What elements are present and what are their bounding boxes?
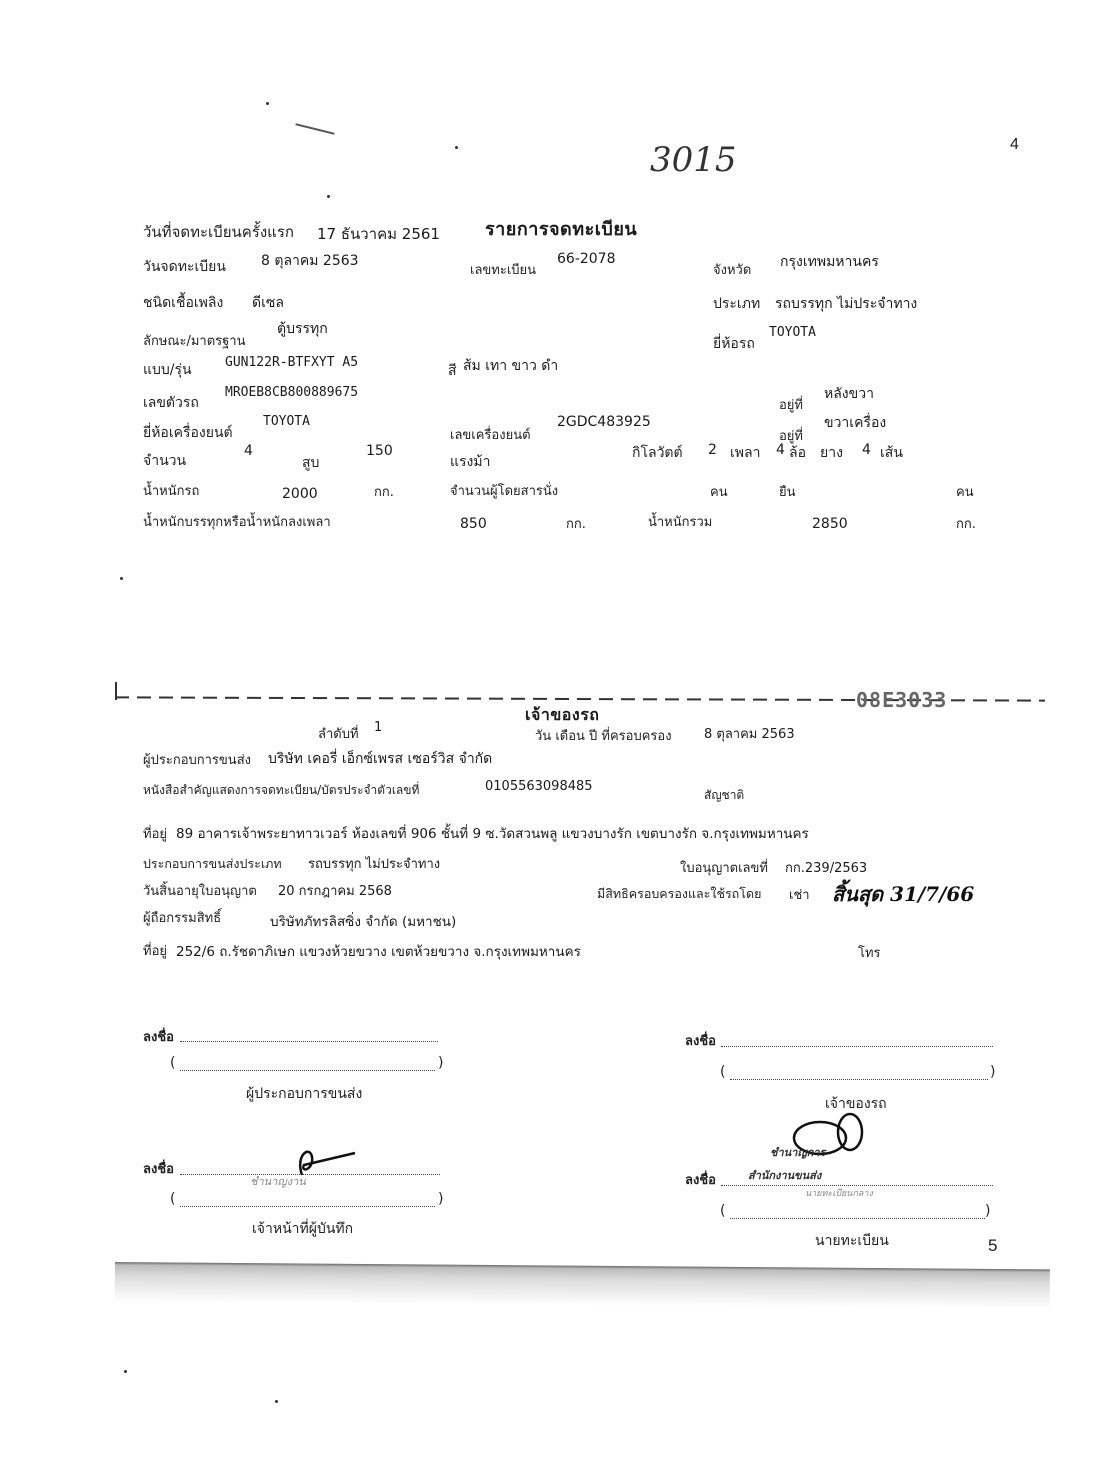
plate-label: เลขทะเบียน (470, 259, 536, 280)
registrar-stamp-line1: ชำนาญการ (770, 1143, 825, 1161)
order-label: ลำดับที่ (318, 723, 359, 744)
standing-label: ยืน (779, 481, 796, 502)
kg-unit-total: กก. (956, 513, 976, 534)
id-label: หนังสือสำคัญแสดงการจดทะเบียน/บัตรประจำตั… (143, 781, 419, 800)
name-line (180, 1058, 435, 1071)
address-label: ที่อยู่ (143, 823, 167, 844)
chassis-label: เลขตัวรถ (143, 392, 199, 414)
paren-close: ) (438, 1191, 443, 1207)
engine-location: ขวาเครื่อง (824, 412, 886, 434)
wheels: 4 (776, 442, 785, 458)
seated-passengers-label: จำนวนผู้โดยสารนั่ง (450, 480, 558, 501)
possession-right-label: มีสิทธิครอบครองและใช้รถโดย (597, 884, 761, 904)
license-expiry: 20 กรกฎาคม 2568 (278, 880, 392, 901)
scan-speck (124, 1370, 127, 1373)
nationality-label: สัญชาติ (704, 786, 744, 805)
person-unit: คน (710, 481, 728, 502)
chassis-number: MROEB8CB800889675 (225, 385, 358, 400)
fuel: ดีเซล (252, 292, 284, 314)
body-label: ลักษณะ/มาตรฐาน (143, 330, 245, 351)
plate-number: 66-2078 (557, 251, 616, 267)
possession-date-label: วัน เดือน ปี ที่ครอบครอง (535, 725, 672, 746)
count-label: จำนวน (143, 450, 186, 472)
possession-date: 8 ตุลาคม 2563 (704, 723, 795, 744)
possession-right: เช่า (789, 884, 810, 905)
registrar-stamp-line3: นายทะเบียนกลาง (805, 1186, 873, 1200)
officer-stamp: ชำนาญงาน (250, 1172, 306, 1190)
chassis-location-label: อยู่ที่ (779, 394, 803, 415)
order: 1 (374, 720, 382, 735)
paren-open: ( (720, 1203, 725, 1219)
holder: บริษัทภัทรลิสซิ่ง จำกัด (มหาชน) (270, 910, 456, 932)
license-number: กก.239/2563 (785, 857, 867, 878)
sign-label: ลงชื่อ (685, 1169, 716, 1190)
scan-mark (295, 123, 334, 135)
axle-label: เพลา (730, 442, 760, 464)
sign-label: ลงชื่อ (685, 1030, 716, 1051)
name-line (180, 1194, 435, 1207)
brand: TOYOTA (769, 325, 816, 340)
paren-close: ) (990, 1064, 995, 1080)
load-weight-label: น้ำหนักบรรทุกหรือน้ำหนักลงเพลา (143, 511, 331, 532)
engine-brand-label: ยี่ห้อเครื่องยนต์ (143, 422, 233, 444)
chassis-location: หลังขวา (824, 383, 874, 405)
vehicle-weight-label: น้ำหนักรถ (143, 480, 199, 501)
page-number-top: 4 (1010, 136, 1019, 154)
load-weight: 850 (460, 516, 487, 532)
engine-number: 2GDC483925 (557, 414, 651, 430)
scan-speck (327, 195, 330, 198)
paren-open: ( (170, 1055, 175, 1071)
engine-number-label: เลขเครื่องยนต์ (450, 424, 531, 445)
paren-open: ( (720, 1064, 725, 1080)
type-label: ประเภท (713, 293, 760, 315)
scan-speck (266, 102, 269, 105)
province-label: จังหวัด (713, 259, 751, 280)
holder-label: ผู้ถือกรรมสิทธิ์ (143, 907, 221, 928)
signature-line (721, 1034, 993, 1047)
id-number: 0105563098485 (485, 779, 593, 794)
kilowatt-label: กิโลวัตต์ (632, 442, 683, 464)
scan-speck (120, 577, 123, 580)
vehicle-weight: 2000 (282, 486, 318, 502)
holder-address: 252/6 ถ.รัชดาภิเษก แขวงห้วยขวาง เขตห้วยข… (176, 940, 581, 962)
business-type: รถบรรทุก ไม่ประจำทาง (308, 853, 440, 874)
name-line (730, 1067, 988, 1080)
sign-label: ลงชื่อ (143, 1158, 174, 1179)
type: รถบรรทุก ไม่ประจำทาง (775, 293, 917, 315)
operator-label: ผู้ประกอบการขนส่ง (143, 749, 251, 770)
signature-line (721, 1173, 993, 1186)
fuel-label: ชนิดเชื้อเพลิง (143, 292, 223, 314)
color: ส้ม เทา ขาว ดำ (463, 355, 558, 377)
operator: บริษัท เคอรี่ เอ็กซ์เพรส เซอร์วิส จำกัด (268, 748, 492, 770)
province: กรุงเทพมหานคร (780, 251, 879, 273)
model-label: แบบ/รุ่น (143, 359, 192, 381)
horsepower-label: แรงม้า (450, 451, 490, 473)
name-line (730, 1206, 985, 1219)
possession-handwritten-note: สิ้นสุด 31/7/66 (832, 878, 974, 910)
body: ตู้บรรทุก (277, 318, 328, 340)
phone-label: โทร (858, 942, 881, 963)
tires: 4 (862, 442, 871, 458)
wheel-label: ล้อ (789, 442, 806, 464)
total-weight: 2850 (812, 516, 848, 532)
sign-label: ลงชื่อ (143, 1026, 174, 1047)
tire-unit: เส้น (880, 442, 903, 464)
operator-role: ผู้ประกอบการขนส่ง (246, 1083, 362, 1105)
scan-speck (275, 1400, 278, 1403)
tire-label: ยาง (820, 442, 843, 464)
kg-unit-load: กก. (566, 513, 586, 534)
scan-edge-shadow (115, 1262, 1050, 1309)
kg-unit: กก. (374, 481, 394, 502)
color-label: สี (448, 360, 457, 382)
registration-date: 8 ตุลาคม 2563 (261, 250, 359, 272)
signature-line (180, 1029, 438, 1042)
first-registration-label: วันที่จดทะเบียนครั้งแรก (143, 220, 294, 244)
paren-close: ) (438, 1055, 443, 1071)
engine-brand: TOYOTA (263, 414, 310, 429)
paren-open: ( (170, 1191, 175, 1207)
total-weight-label: น้ำหนักรวม (648, 511, 712, 532)
business-type-label: ประกอบการขนส่งประเภท (143, 854, 282, 874)
serial-stamp: 08E3033 (856, 688, 947, 712)
license-label: ใบอนุญาตเลขที่ (680, 857, 768, 878)
horsepower: 150 (366, 443, 393, 459)
section-title-registration: รายการจดทะเบียน (485, 214, 637, 243)
brand-label: ยี่ห้อรถ (713, 333, 755, 355)
officer-role: เจ้าหน้าที่ผู้บันทึก (252, 1218, 353, 1240)
license-expiry-label: วันสิ้นอายุใบอนุญาต (143, 880, 257, 901)
registration-date-label: วันจดทะเบียน (143, 256, 226, 278)
paren-close: ) (985, 1203, 990, 1219)
axles: 2 (708, 442, 717, 458)
registrar-role: นายทะเบียน (815, 1230, 889, 1252)
address: 89 อาคารเจ้าพระยาทาวเวอร์ ห้องเลขที่ 906… (176, 822, 809, 844)
first-registration-date: 17 ธันวาคม 2561 (317, 222, 440, 246)
cylinder-label: สูบ (302, 452, 319, 474)
page-number-bottom: 5 (988, 1236, 997, 1256)
cylinders: 4 (244, 443, 253, 459)
model: GUN122R-BTFXYT A5 (225, 355, 358, 370)
holder-address-label: ที่อยู่ (143, 940, 167, 961)
scan-speck (455, 146, 458, 149)
handwritten-number: 3015 (650, 140, 737, 180)
person-unit-standing: คน (956, 481, 974, 502)
